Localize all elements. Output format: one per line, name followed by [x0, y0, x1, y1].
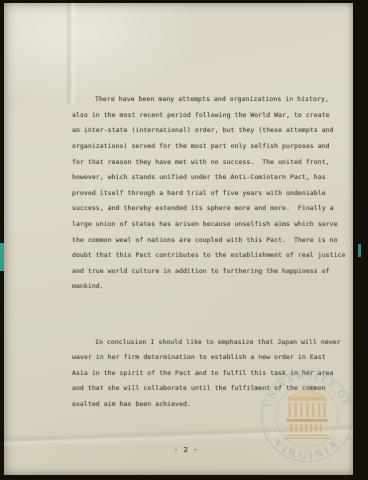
document-page: There have been many attempts and organi… — [4, 3, 353, 475]
university-of-virginia-seal: UNIVERSITY OF VIRGINIA — [258, 367, 353, 465]
paragraph: There have been many attempts and organi… — [72, 92, 353, 295]
background-sliver — [358, 244, 361, 257]
rotunda-building-icon — [284, 389, 330, 439]
page-number: - 2 - — [174, 446, 198, 454]
seal-arc-bottom-text: VIRGINIA — [271, 437, 342, 462]
background-sliver — [0, 243, 4, 271]
scanned-document-photo: There have been many attempts and organi… — [0, 0, 368, 480]
